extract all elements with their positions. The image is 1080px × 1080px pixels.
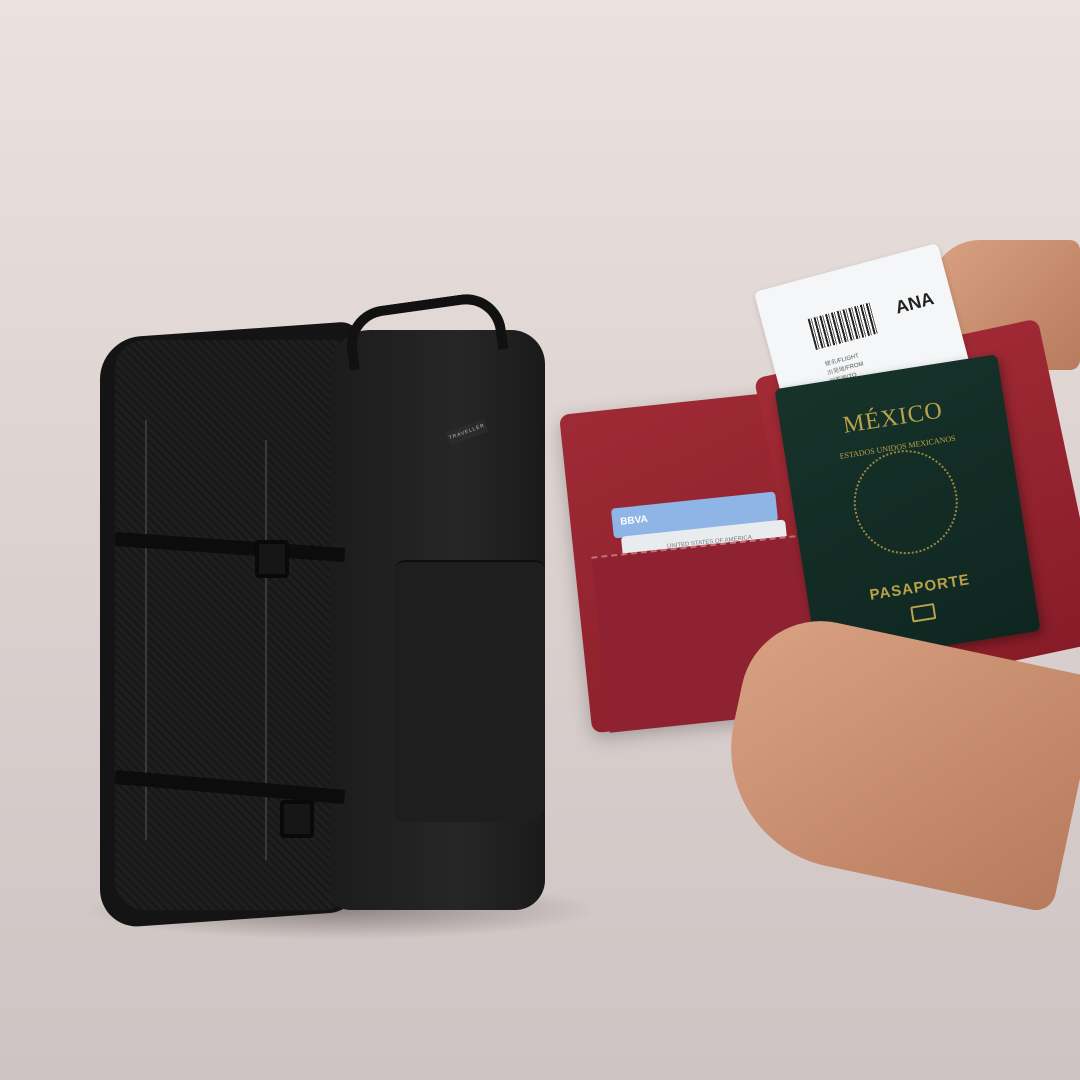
passport-country: MÉXICO [780,388,1006,450]
biometric-chip-icon [910,603,936,623]
buckle-icon [255,540,289,578]
backpack-front-pocket [395,560,545,822]
buckle-icon [280,800,314,838]
qr-code [808,302,879,350]
product-scene: TRAVELLER BBVA UNITED STATES OF AMERICA … [0,0,1080,1080]
airline-logo: ANA [893,288,936,318]
passport: MÉXICO ESTADOS UNIDOS MEXICANOS PASAPORT… [774,354,1040,666]
coat-of-arms-icon [846,443,965,562]
